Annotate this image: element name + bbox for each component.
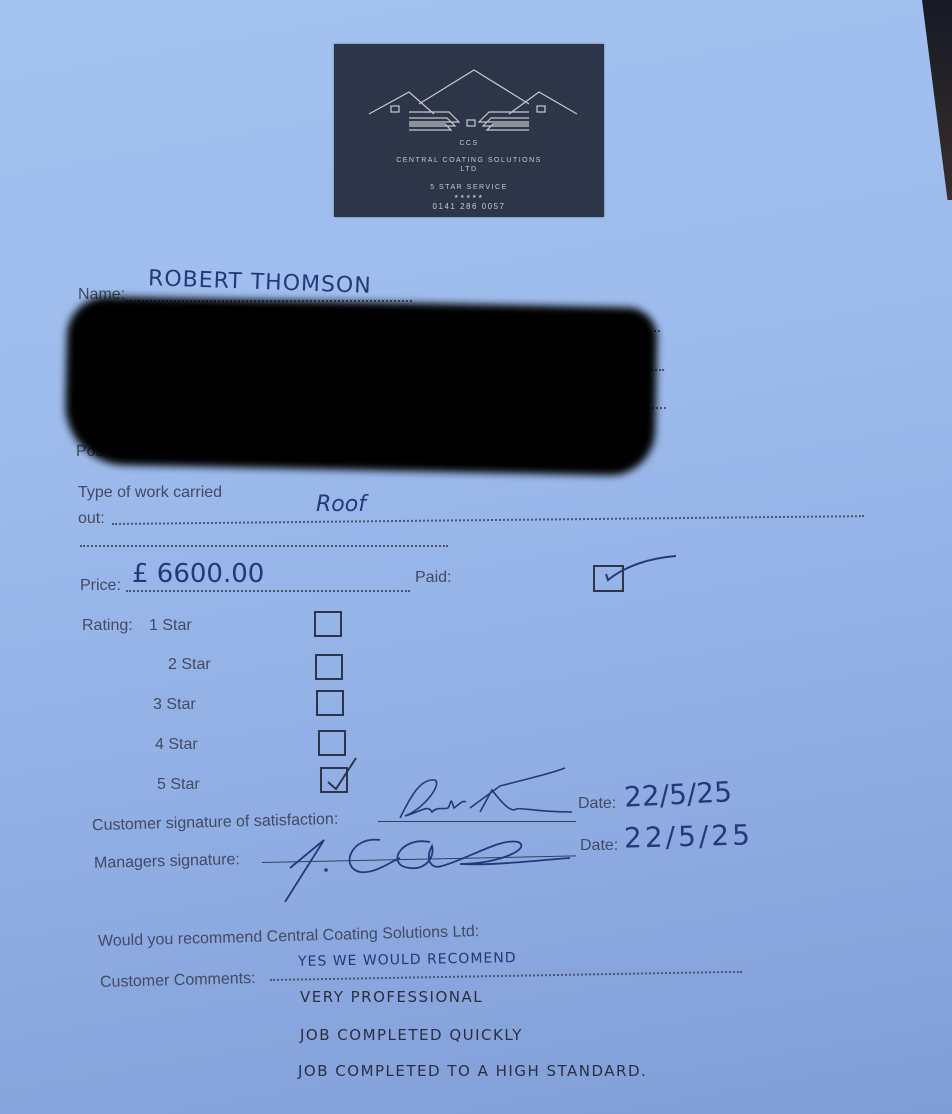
customer-date-value[interactable]: 22/5/25 (623, 775, 733, 814)
rating-label: Rating: (82, 617, 133, 635)
manager-signature-label: Managers signature: (94, 851, 240, 873)
work-type-label: Type of work carried (78, 484, 222, 502)
comment-line-1[interactable]: YES WE WOULD RECOMEND (298, 950, 517, 970)
rating-3-checkbox[interactable] (316, 690, 344, 716)
price-label: Price: (80, 577, 121, 595)
company-logo: CCS CENTRAL COATING SOLUTIONS LTD 5 STAR… (334, 44, 604, 217)
price-value[interactable]: £ 6600.00 (132, 559, 264, 589)
work-type-dotted-line-2 (80, 545, 448, 547)
rating-option-3: 3 Star (153, 696, 196, 714)
logo-tagline: 5 STAR SERVICE (334, 184, 604, 191)
logo-phone: 0141 286 0057 (334, 202, 604, 211)
rating-4-checkbox[interactable] (318, 730, 346, 756)
comment-line-2[interactable]: VERY PROFESSIONAL (300, 988, 483, 1006)
rating-option-5: 5 Star (157, 776, 200, 794)
logo-abbreviation: CCS (334, 140, 604, 147)
paid-label: Paid: (415, 569, 451, 587)
logo-stars: ★★★★★ (334, 194, 604, 200)
comment-line-3[interactable]: JOB COMPLETED QUICKLY (300, 1026, 523, 1044)
comments-label: Customer Comments: (100, 970, 256, 992)
comment-line-4[interactable]: JOB COMPLETED TO A HIGH STANDARD. (298, 1062, 647, 1080)
work-type-dotted-line (112, 515, 864, 525)
name-value[interactable]: ROBERT THOMSON (148, 266, 372, 299)
rating-1-checkbox[interactable] (314, 611, 342, 637)
comments-dotted-line (270, 971, 742, 981)
rating-option-4: 4 Star (155, 736, 198, 754)
manager-date-value[interactable]: 22/5/25 (624, 818, 754, 854)
manager-signature[interactable] (260, 818, 580, 908)
roof-houses-icon (349, 62, 589, 137)
paid-checkmark-icon (600, 554, 680, 584)
customer-date-label: Date: (578, 795, 616, 813)
recommend-question: Would you recommend Central Coating Solu… (98, 923, 480, 951)
rating-option-2: 2 Star (168, 656, 211, 674)
background-edge (922, 0, 952, 200)
manager-date-label: Date: (580, 837, 618, 855)
redacted-address-block (64, 296, 657, 476)
rating-2-checkbox[interactable] (315, 654, 343, 680)
rating-5-checkmark-icon (322, 756, 362, 796)
logo-company-name: CENTRAL COATING SOLUTIONS LTD (334, 156, 604, 174)
work-type-label-2: out: (78, 510, 105, 528)
price-dotted-line (126, 590, 410, 592)
work-type-value[interactable]: Roof (316, 492, 366, 517)
rating-option-1: 1 Star (149, 617, 192, 635)
